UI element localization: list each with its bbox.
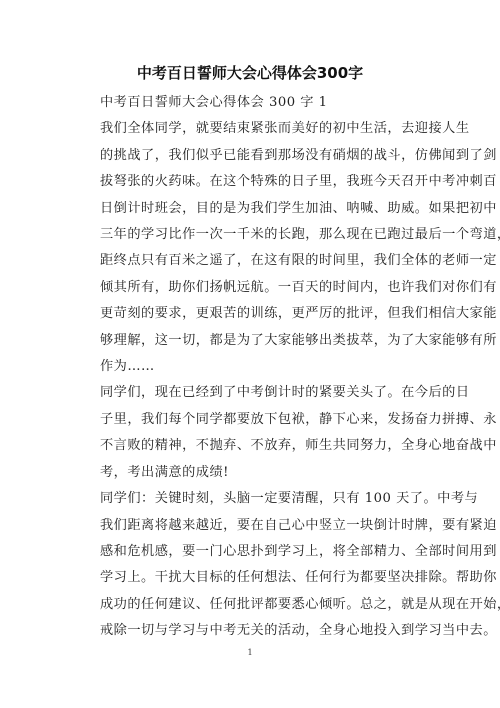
text-line: 成功的任何建议、任何批评都要悉心倾听。总之，就是从现在开始，: [76, 592, 426, 618]
text-line: 倾其所有，助你们扬帆远航。一百天的时间内，也许我们对你们有: [76, 275, 426, 301]
text-line: 更苛刻的要求，更艰苦的训练，更严厉的批评，但我们相信大家能: [76, 301, 426, 327]
text-line: 同学们：关键时刻，头脑一定要清醒，只有 100 天了。中考与: [76, 486, 426, 512]
document-body: 中考百日誓师大会心得体会 300 字 1 我们全体同学，就要结束紧张而美好的初中…: [76, 90, 426, 645]
text-line: 考，考出满意的成绩!: [76, 460, 426, 486]
text-line: 日倒计时班会，目的是为我们学生加油、呐喊、助威。如果把初中: [76, 196, 426, 222]
text-line: 距终点只有百米之遥了，在这有限的时间里，我们全体的老师一定: [76, 248, 426, 274]
text-line: 不言败的精神，不抛弃、不放弃，师生共同努力，全身心地奋战中: [76, 433, 426, 459]
paragraph-1: 我们全体同学，就要结束紧张而美好的初中生活，去迎接人生 的挑战了，我们似乎已能看…: [76, 116, 426, 380]
text-line: 我们距离将越来越近，要在自己心中竖立一块倒计时牌，要有紧迫: [76, 513, 426, 539]
paragraph-2: 同学们，现在已经到了中考倒计时的紧要关头了。在今后的日 子里，我们每个同学都要放…: [76, 380, 426, 486]
text-line: 三年的学习比作一次一千米的长跑，那么现在已跑过最后一个弯道，: [76, 222, 426, 248]
text-line: 的挑战了，我们似乎已能看到那场没有硝烟的战斗，仿佛闻到了剑: [76, 143, 426, 169]
text-line: 我们全体同学，就要结束紧张而美好的初中生活，去迎接人生: [76, 116, 426, 142]
text-line: 子里，我们每个同学都要放下包袱，静下心来，发扬奋力拼搏、永: [76, 407, 426, 433]
text-line: 戒除一切与学习与中考无关的活动，全身心地投入到学习当中去。: [76, 618, 426, 644]
document-page: 中考百日誓师大会心得体会300字 中考百日誓师大会心得体会 300 字 1 我们…: [0, 0, 500, 708]
text-line: 拔弩张的火药味。在这个特殊的日子里，我班今天召开中考冲刺百: [76, 169, 426, 195]
text-line: 作为……: [76, 354, 426, 380]
page-number: 1: [0, 648, 500, 657]
text-line: 学习上。干扰大目标的任何想法、任何行为都要坚决排除。帮助你: [76, 565, 426, 591]
document-title: 中考百日誓师大会心得体会300字: [0, 62, 500, 84]
text-line: 够理解，这一切，都是为了大家能够出类拔萃，为了大家能够有所: [76, 328, 426, 354]
text-line: 同学们，现在已经到了中考倒计时的紧要关头了。在今后的日: [76, 380, 426, 406]
text-line: 感和危机感，要一门心思扑到学习上，将全部精力、全部时间用到: [76, 539, 426, 565]
document-subtitle: 中考百日誓师大会心得体会 300 字 1: [76, 90, 426, 116]
paragraph-3: 同学们：关键时刻，头脑一定要清醒，只有 100 天了。中考与 我们距离将越来越近…: [76, 486, 426, 644]
